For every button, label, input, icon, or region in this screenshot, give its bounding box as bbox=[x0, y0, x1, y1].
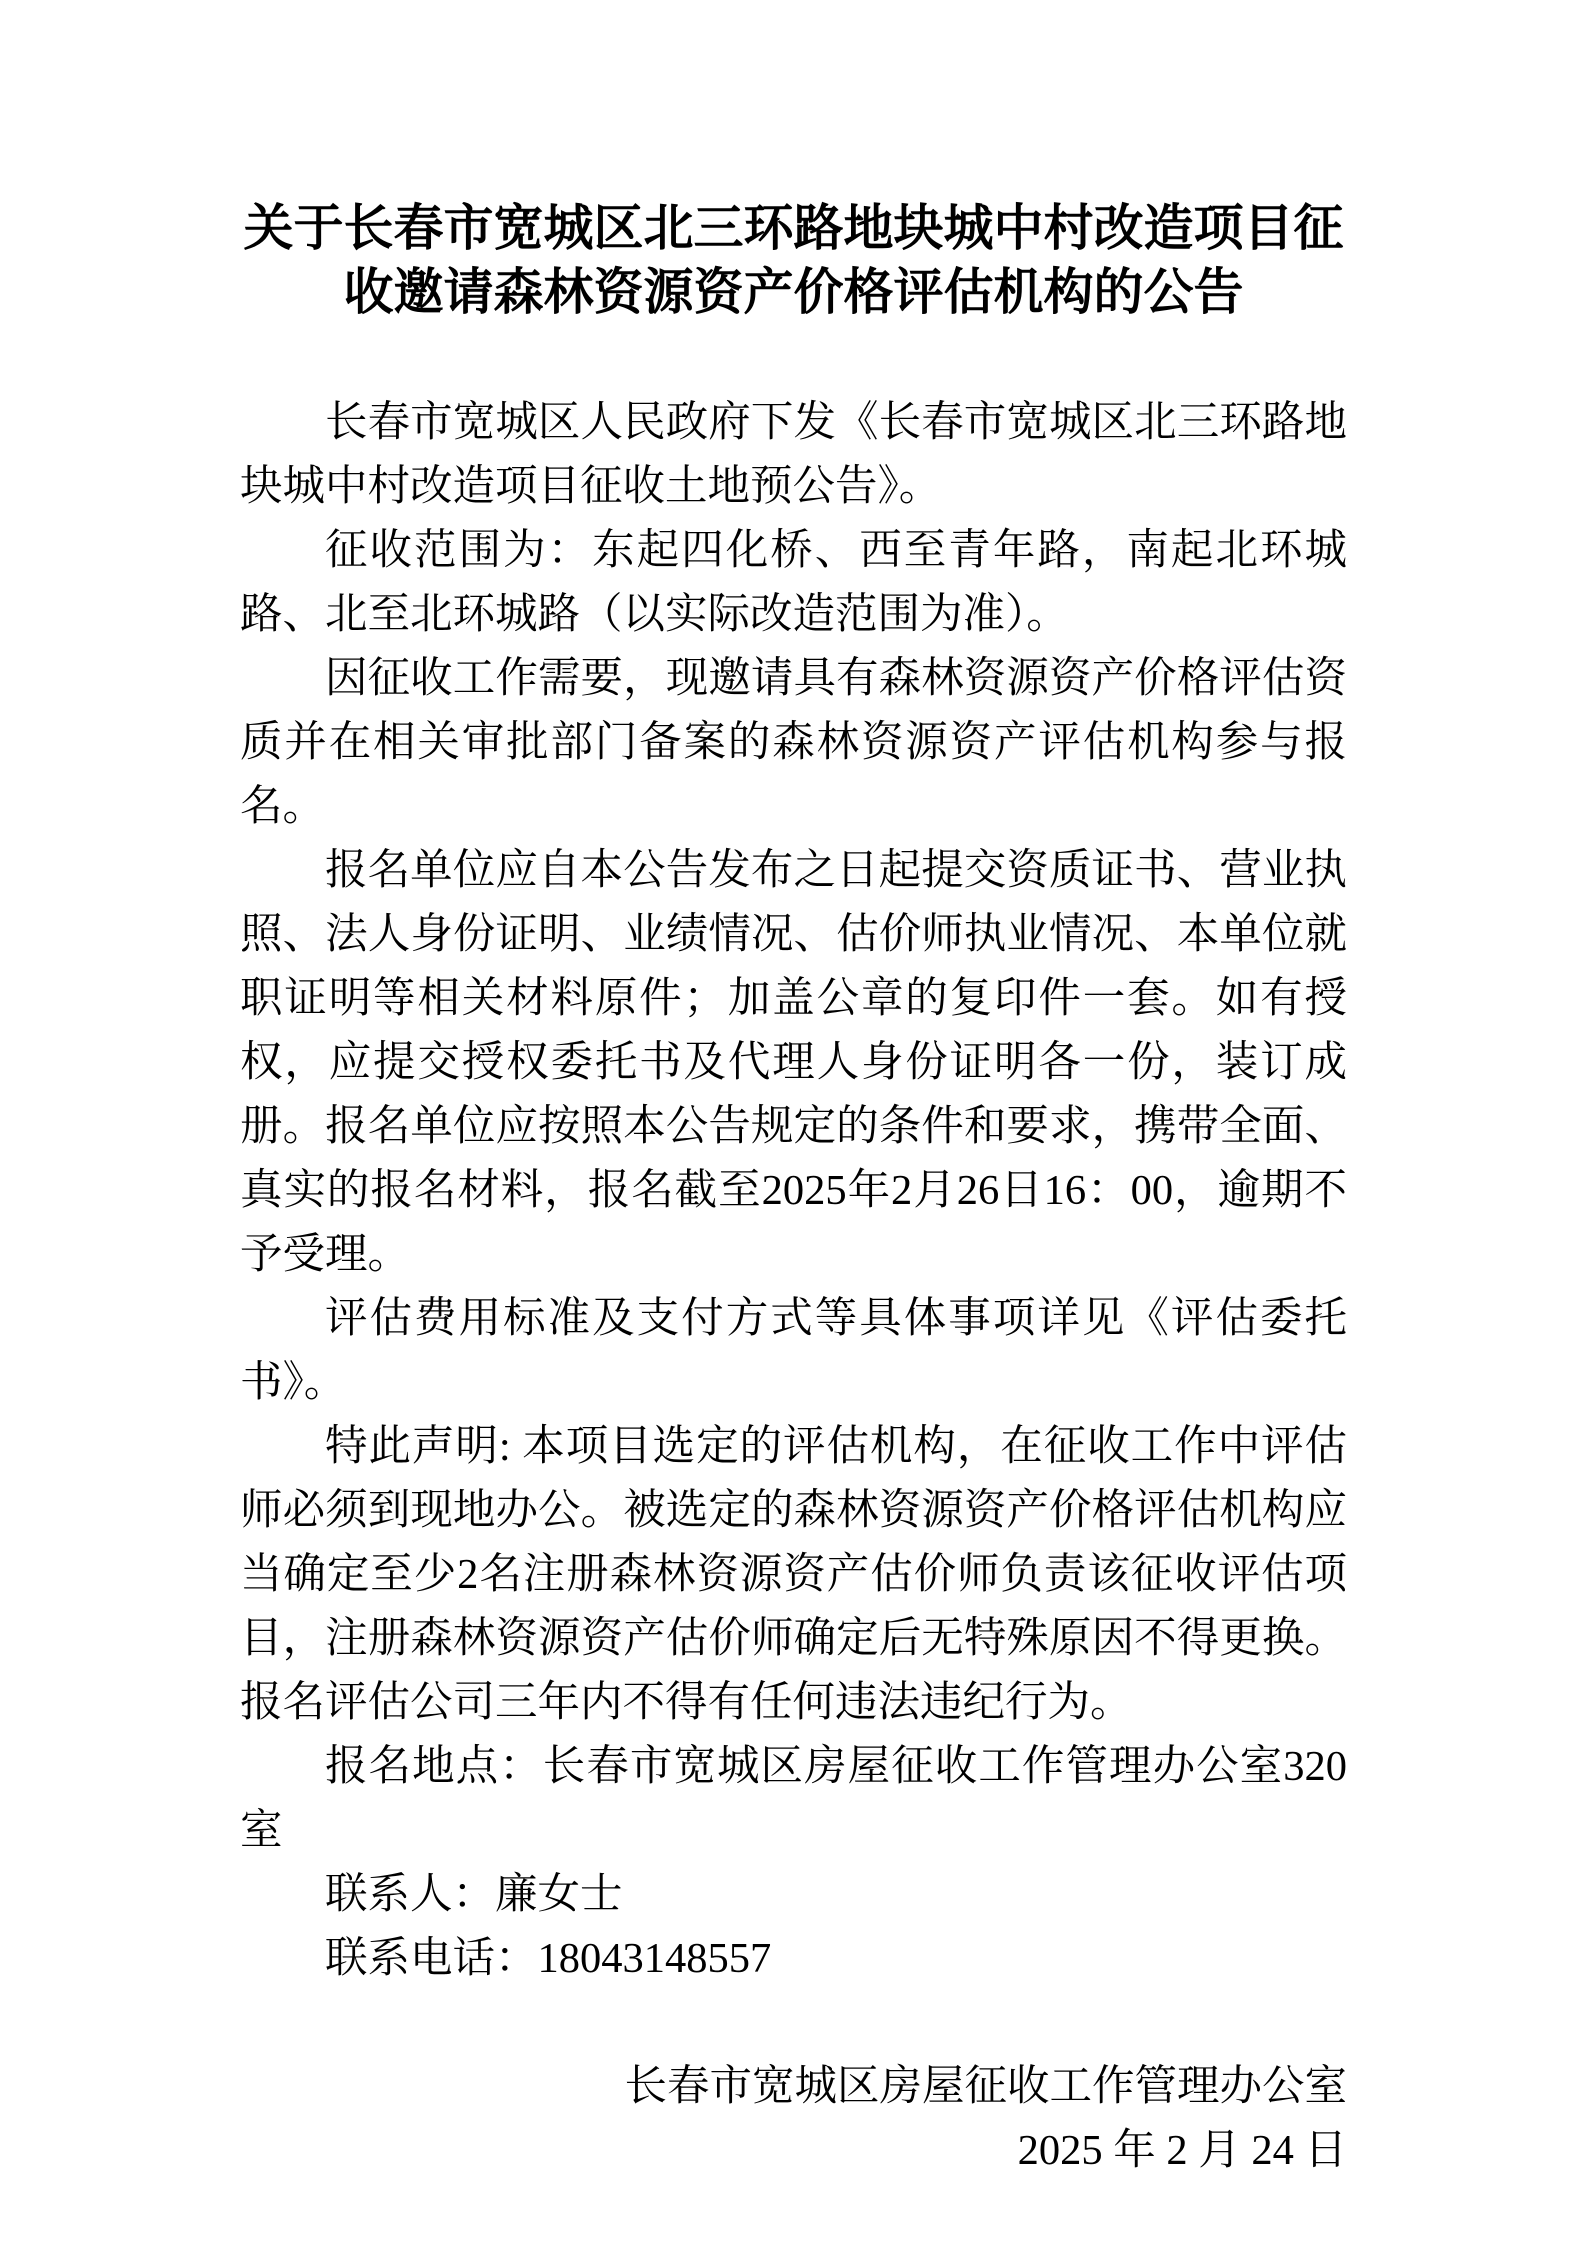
paragraph: 因征收工作需要，现邀请具有森林资源资产价格评估资质并在相关审批部门备案的森林资源… bbox=[240, 647, 1347, 839]
title-line-1: 关于长春市宽城区北三环路地块城中村改造项目征 bbox=[244, 200, 1344, 256]
document-body: 长春市宽城区人民政府下发《长春市宽城区北三环路地块城中村改造项目征收土地预公告》… bbox=[240, 391, 1347, 1991]
paragraph: 报名地点：长春市宽城区房屋征收工作管理办公室320室 bbox=[240, 1735, 1347, 1863]
paragraph: 评估费用标准及支付方式等具体事项详见《评估委托书》。 bbox=[240, 1287, 1347, 1415]
document-page: 关于长春市宽城区北三环路地块城中村改造项目征 收邀请森林资源资产价格评估机构的公… bbox=[0, 0, 1587, 2245]
document-content: 关于长春市宽城区北三环路地块城中村改造项目征 收邀请森林资源资产价格评估机构的公… bbox=[240, 0, 1347, 2183]
paragraph: 联系人：廉女士 bbox=[240, 1863, 1347, 1927]
paragraph: 报名单位应自本公告发布之日起提交资质证书、营业执照、法人身份证明、业绩情况、估价… bbox=[240, 839, 1347, 1287]
signature-date: 2025 年 2 月 24 日 bbox=[240, 2119, 1347, 2183]
paragraph: 特此声明: 本项目选定的评估机构，在征收工作中评估师必须到现地办公。被选定的森林… bbox=[240, 1415, 1347, 1735]
signature-org: 长春市宽城区房屋征收工作管理办公室 bbox=[240, 2055, 1347, 2119]
paragraph: 征收范围为：东起四化桥、西至青年路，南起北环城路、北至北环城路（以实际改造范围为… bbox=[240, 519, 1347, 647]
paragraph: 长春市宽城区人民政府下发《长春市宽城区北三环路地块城中村改造项目征收土地预公告》… bbox=[240, 391, 1347, 519]
signature-block: 长春市宽城区房屋征收工作管理办公室 2025 年 2 月 24 日 bbox=[240, 2055, 1347, 2183]
document-title: 关于长春市宽城区北三环路地块城中村改造项目征 收邀请森林资源资产价格评估机构的公… bbox=[240, 196, 1347, 324]
paragraph: 联系电话：18043148557 bbox=[240, 1927, 1347, 1991]
title-line-2: 收邀请森林资源资产价格评估机构的公告 bbox=[344, 264, 1244, 320]
